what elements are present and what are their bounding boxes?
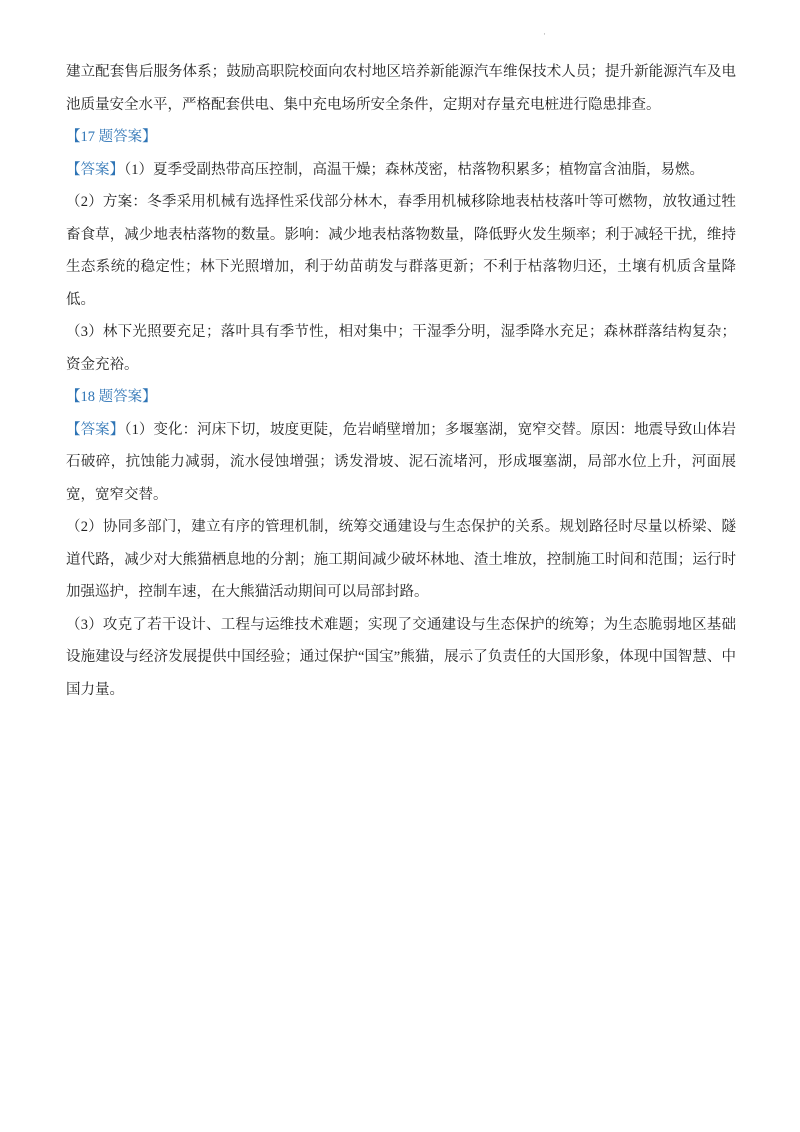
- answer-sheet-content: 建立配套售后服务体系；鼓励高职院校面向农村地区培养新能源汽车维保技术人员；提升新…: [66, 56, 736, 706]
- question-18-answer-part3: （3）攻克了若干设计、工程与运维技术难题；实现了交通建设与生态保护的统筹；为生态…: [66, 609, 736, 707]
- answer-label: 【答案】: [66, 422, 124, 438]
- question-17-answer-heading: 【17 题答案】: [66, 121, 736, 154]
- document-page: · 建立配套售后服务体系；鼓励高职院校面向农村地区培养新能源汽车维保技术人员；提…: [0, 0, 800, 1132]
- question-17-answer-part3: （3）林下光照要充足；落叶具有季节性，相对集中；干湿季分明，湿季降水充足；森林群…: [66, 316, 736, 381]
- question-17-answer-part2: （2）方案：冬季采用机械有选择性采伐部分林木，春季用机械移除地表枯枝落叶等可燃物…: [66, 186, 736, 316]
- question-17-answer-part1: 【答案】（1）夏季受副热带高压控制，高温干燥；森林茂密，枯落物积累多；植物富含油…: [66, 154, 736, 187]
- answer-label: 【答案】: [66, 162, 124, 178]
- stray-dot-mark: ·: [543, 30, 546, 39]
- answer-text: （1）夏季受副热带高压控制，高温干燥；森林茂密，枯落物积累多；植物富含油脂，易燃…: [124, 162, 704, 178]
- answer-text: （1）变化：河床下切，坡度更陡，危岩峭壁增加；多堰塞湖，宽窄交替。原因：地震导致…: [66, 422, 736, 503]
- continuation-paragraph: 建立配套售后服务体系；鼓励高职院校面向农村地区培养新能源汽车维保技术人员；提升新…: [66, 56, 736, 121]
- question-18-answer-part1: 【答案】（1）变化：河床下切，坡度更陡，危岩峭壁增加；多堰塞湖，宽窄交替。原因：…: [66, 414, 736, 512]
- question-18-answer-part2: （2）协同多部门，建立有序的管理机制，统筹交通建设与生态保护的关系。规划路径时尽…: [66, 511, 736, 609]
- question-18-answer-heading: 【18 题答案】: [66, 381, 736, 414]
